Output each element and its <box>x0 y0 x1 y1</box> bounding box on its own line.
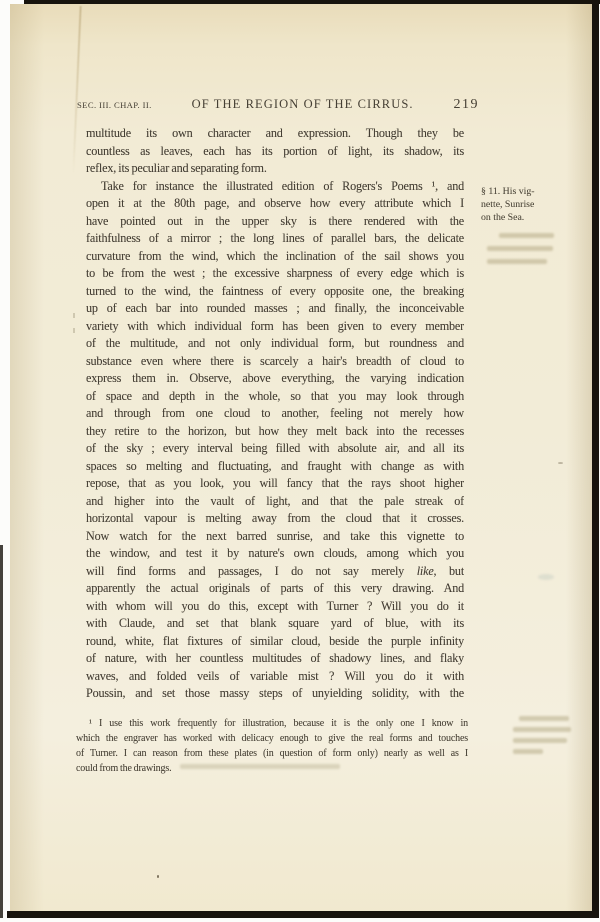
scan-edge-left <box>0 545 3 918</box>
body-text-line: have pointed out in the upper sky is the… <box>86 213 464 231</box>
body-text-line: and higher into the vault of light, and … <box>86 493 464 511</box>
bleed-line <box>499 233 554 238</box>
body-text-line: and through from one cloud to another, f… <box>86 405 464 423</box>
body-text-line: of space and depth in the whole, so that… <box>86 388 464 406</box>
margin-note-line: on the Sea. <box>481 211 569 224</box>
body-text-line: horizontal vapour is melting away from t… <box>86 510 464 528</box>
body-text-line: waves, and folded veils of variable mist… <box>86 668 464 686</box>
footnote-line: which the engraver has worked with delic… <box>76 731 468 746</box>
body-text-line: reflex, its peculiar and separating form… <box>86 160 464 178</box>
page-speck <box>558 462 563 464</box>
body-text-line: multitude its own character and expressi… <box>86 125 464 143</box>
page-number: 219 <box>454 97 480 113</box>
bleed-line <box>513 749 543 754</box>
body-text-line: repose, that as you look, you will fancy… <box>86 475 464 493</box>
paper-crease <box>72 6 81 174</box>
margin-note-line: § 11. His vig- <box>481 185 569 198</box>
body-text-line: countless as leaves, each has its portio… <box>86 143 464 161</box>
margin-mark <box>73 328 75 333</box>
scan-edge-bottom <box>7 911 599 918</box>
screenshot-root: { "header": { "section": "SEC. III. CHAP… <box>0 0 600 922</box>
body-text-line: Poussin, and set those massy steps of un… <box>86 685 464 703</box>
bleed-line <box>180 764 340 769</box>
footnote-line: ¹ I use this work frequently for illustr… <box>76 716 468 731</box>
body-text-line: of the multitude, and not only individua… <box>86 335 464 353</box>
footnote-line: of Turner. I can reason from these plate… <box>76 746 468 761</box>
body-text-line: curvature from the wind, which the incli… <box>86 248 464 266</box>
bleed-line <box>513 727 571 732</box>
running-head-section: SEC. III. CHAP. II. <box>77 100 152 110</box>
body-text-line: faithfulness of a mirror ; the long line… <box>86 230 464 248</box>
body-text-line: variety with which individual form has b… <box>86 318 464 336</box>
body-text-line: open it at the 80th page, and observe ho… <box>86 195 464 213</box>
body-text: multitude its own character and expressi… <box>86 125 464 703</box>
body-text-line: with Claude, and set that blank square y… <box>86 615 464 633</box>
body-text-line: turned to the wind, the faintness of eve… <box>86 283 464 301</box>
ink-bleed-through <box>513 716 575 760</box>
scan-edge-right <box>592 0 599 917</box>
body-text-line: will find forms and passages, I do not s… <box>86 563 464 581</box>
margin-mark <box>73 313 75 318</box>
bleed-line <box>487 259 547 264</box>
margin-note-line: nette, Sunrise <box>481 198 569 211</box>
body-text-line: substance even where there is scarcely a… <box>86 353 464 371</box>
margin-note: § 11. His vig-nette, Sunriseon the Sea. <box>481 185 569 224</box>
body-text-line: up of each bar into rounded masses ; and… <box>86 300 464 318</box>
scan-edge-top <box>24 0 600 4</box>
body-text-line: they retire to the horizon, but how they… <box>86 423 464 441</box>
body-text-line: with whom will you do this, except with … <box>86 598 464 616</box>
running-head: SEC. III. CHAP. II. OF THE REGION OF THE… <box>77 97 479 113</box>
body-text-line: spaces so melting and fluctuating, and f… <box>86 458 464 476</box>
body-text-line: apparently the actual originals of parts… <box>86 580 464 598</box>
page-speck <box>157 875 159 878</box>
body-text-line: round, white, flat fixtures of similar c… <box>86 633 464 651</box>
bleed-line <box>487 246 553 251</box>
ink-bleed-through <box>180 764 340 769</box>
ink-bleed-through <box>487 233 559 272</box>
page-smudge <box>538 574 554 580</box>
body-text-line: Take for instance the illustrated editio… <box>86 178 464 196</box>
body-text-line: of nature, with her countless multitudes… <box>86 650 464 668</box>
body-text-line: the window, and test it by nature's own … <box>86 545 464 563</box>
running-head-title: OF THE REGION OF THE CIRRUS. <box>152 97 454 112</box>
body-text-line: of the sky ; every interval being filled… <box>86 440 464 458</box>
body-text-line: Now watch for the next barred sunrise, a… <box>86 528 464 546</box>
bleed-line <box>519 716 569 721</box>
body-text-line: to be from the west ; the excessive shar… <box>86 265 464 283</box>
bleed-line <box>513 738 567 743</box>
body-text-line: express them in. Observe, above everythi… <box>86 370 464 388</box>
book-page: SEC. III. CHAP. II. OF THE REGION OF THE… <box>10 4 592 913</box>
